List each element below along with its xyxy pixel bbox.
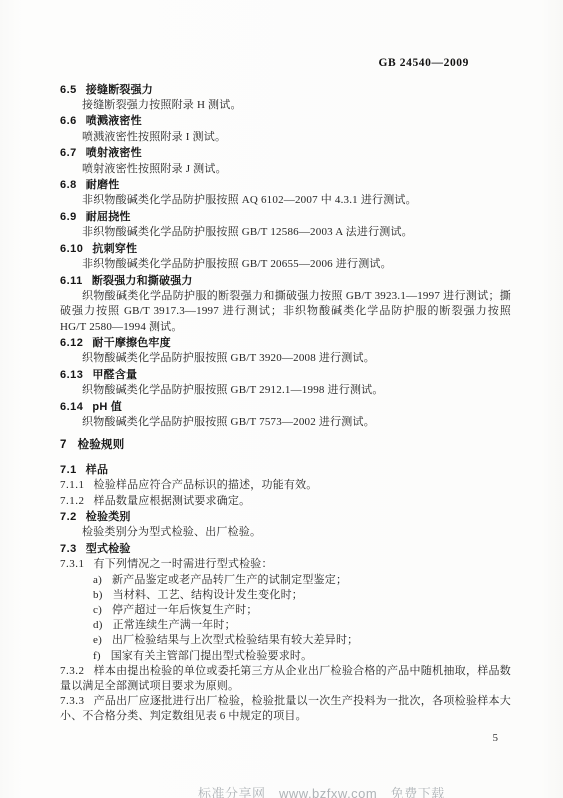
section-title: 喷溅液密性 — [86, 115, 142, 127]
section-heading-6-14: 6.14pH 值 — [60, 400, 511, 415]
section-number: 6.8 — [60, 179, 77, 191]
list-label: e) — [93, 634, 102, 646]
list-label: f) — [93, 650, 101, 662]
section-body-6-11: 织物酸碱类化学品防护服的断裂强力和撕破强力按照 GB/T 3923.1—1997… — [60, 289, 511, 335]
section-number: 6.14 — [60, 401, 83, 413]
list-item-e: e)出厂检验结果与上次型式检验结果有较大差异时； — [93, 633, 511, 648]
section-heading-6-12: 6.12耐干摩擦色牢度 — [60, 336, 511, 351]
list-item-b: b)当材料、工艺、结构设计发生变化时； — [93, 588, 511, 603]
list-text: 出厂检验结果与上次型式检验结果有较大差异时； — [112, 634, 358, 646]
section-number: 6.7 — [60, 147, 77, 159]
section-title: 检验类别 — [86, 511, 131, 523]
list-text: 当材料、工艺、结构设计发生变化时； — [113, 589, 303, 601]
chapter-title: 检验规则 — [78, 439, 125, 451]
list-label: b) — [93, 589, 103, 601]
section-title: 断裂强力和撕破强力 — [92, 275, 193, 287]
section-body-6-9: 非织物酸碱类化学品防护服按照 GB/T 12586—2003 A 法进行测试。 — [60, 225, 511, 240]
list-item-f: f)国家有关主管部门提出型式检验要求时。 — [93, 649, 511, 664]
list-text: 国家有关主管部门提出型式检验要求时。 — [111, 650, 313, 662]
section-title: 抗刺穿性 — [92, 243, 137, 255]
section-title: 喷射液密性 — [86, 147, 142, 159]
section-number: 6.13 — [60, 369, 83, 381]
clause-number: 7.1.1 — [60, 479, 85, 491]
section-heading-6-5: 6.5接缝断裂强力 — [60, 83, 511, 98]
section-heading-7-1: 7.1样品 — [60, 463, 511, 478]
section-heading-7-3: 7.3型式检验 — [60, 542, 511, 557]
section-number: 7.2 — [60, 511, 77, 523]
section-title: pH 值 — [92, 401, 122, 413]
section-title: 样品 — [86, 464, 108, 476]
section-title: 型式检验 — [86, 543, 131, 555]
section-heading-6-6: 6.6喷溅液密性 — [60, 114, 511, 129]
section-heading-6-8: 6.8耐磨性 — [60, 178, 511, 193]
section-number: 7.1 — [60, 464, 77, 476]
document-body: 6.5接缝断裂强力 接缝断裂强力按照附录 H 测试。 6.6喷溅液密性 喷溅液密… — [60, 81, 511, 725]
section-number: 6.12 — [60, 337, 83, 349]
section-number: 6.5 — [60, 84, 77, 96]
section-title: 耐磨性 — [86, 179, 120, 191]
section-heading-6-11: 6.11断裂强力和撕破强力 — [60, 274, 511, 289]
section-body-6-13: 织物酸碱类化学品防护服按照 GB/T 2912.1—1998 进行测试。 — [60, 383, 511, 398]
section-number: 6.6 — [60, 115, 77, 127]
section-number: 6.11 — [60, 275, 83, 287]
list-item-a: a)新产品鉴定或老产品转厂生产的试制定型鉴定； — [93, 573, 511, 588]
section-body-6-7: 喷射液密性按照附录 J 测试。 — [60, 162, 511, 177]
clause-7-1-1: 7.1.1检验样品应符合产品标识的描述，功能有效。 — [60, 478, 511, 493]
clause-text: 有下列情况之一时需进行型式检验： — [94, 558, 273, 570]
clause-7-1-2: 7.1.2样品数量应根据测试要求确定。 — [60, 494, 511, 509]
standard-code-header: GB 24540—2009 — [378, 57, 469, 69]
list-item-c: c)停产超过一年后恢复生产时； — [93, 603, 511, 618]
list-label: d) — [93, 619, 103, 631]
section-title: 甲醛含量 — [92, 369, 137, 381]
watermark-text: 标准分享网 www.bzfxw.com 免费下载 — [198, 786, 445, 798]
section-title: 耐屈挠性 — [86, 211, 131, 223]
clause-text: 产品出厂应逐批进行出厂检验，检验批量以一次生产投料为一批次，各项检验样本大小、不… — [60, 695, 511, 722]
clause-number: 7.3.1 — [60, 558, 85, 570]
section-heading-6-7: 6.7喷射液密性 — [60, 146, 511, 161]
clause-text: 样本由提出检验的单位或委托第三方从企业出厂检验合格的产品中随机抽取，样品数量以满… — [60, 665, 511, 692]
section-body-6-8: 非织物酸碱类化学品防护服按照 AQ 6102—2007 中 4.3.1 进行测试… — [60, 193, 511, 208]
clause-number: 7.3.3 — [60, 695, 85, 707]
section-heading-6-10: 6.10抗刺穿性 — [60, 242, 511, 257]
section-body-6-6: 喷溅液密性按照附录 I 测试。 — [60, 130, 511, 145]
list-item-d: d)正常连续生产满一年时； — [93, 618, 511, 633]
list-text: 停产超过一年后恢复生产时； — [112, 604, 258, 616]
section-body-6-5: 接缝断裂强力按照附录 H 测试。 — [60, 98, 511, 113]
document-page: GB 24540—2009 6.5接缝断裂强力 接缝断裂强力按照附录 H 测试。… — [0, 0, 563, 798]
section-body-6-12: 织物酸碱类化学品防护服按照 GB/T 3920—2008 进行测试。 — [60, 351, 511, 366]
list-label: a) — [93, 574, 102, 586]
section-body-6-14: 织物酸碱类化学品防护服按照 GB/T 7573—2002 进行测试。 — [60, 415, 511, 430]
clause-number: 7.3.2 — [60, 665, 85, 677]
chapter-number: 7 — [60, 439, 67, 451]
section-number: 6.9 — [60, 211, 77, 223]
section-body-7-2: 检验类别分为型式检验、出厂检验。 — [60, 525, 511, 540]
section-heading-7-2: 7.2检验类别 — [60, 510, 511, 525]
chapter-heading-7: 7检验规则 — [60, 438, 511, 453]
clause-7-3-2: 7.3.2样本由提出检验的单位或委托第三方从企业出厂检验合格的产品中随机抽取，样… — [60, 664, 511, 694]
list-label: c) — [93, 604, 102, 616]
clause-7-3-3: 7.3.3产品出厂应逐批进行出厂检验，检验批量以一次生产投料为一批次，各项检验样… — [60, 694, 511, 724]
clause-number: 7.1.2 — [60, 495, 85, 507]
clause-text: 样品数量应根据测试要求确定。 — [94, 495, 251, 507]
list-text: 新产品鉴定或老产品转厂生产的试制定型鉴定； — [112, 574, 347, 586]
section-body-6-10: 非织物酸碱类化学品防护服按照 GB/T 20655—2006 进行测试。 — [60, 257, 511, 272]
section-title: 耐干摩擦色牢度 — [92, 337, 170, 349]
section-title: 接缝断裂强力 — [86, 84, 153, 96]
section-number: 7.3 — [60, 543, 77, 555]
section-number: 6.10 — [60, 243, 83, 255]
list-text: 正常连续生产满一年时； — [113, 619, 236, 631]
clause-text: 检验样品应符合产品标识的描述，功能有效。 — [94, 479, 318, 491]
page-number: 5 — [493, 732, 499, 744]
section-heading-6-9: 6.9耐屈挠性 — [60, 210, 511, 225]
clause-7-3-1: 7.3.1有下列情况之一时需进行型式检验： — [60, 557, 511, 572]
section-heading-6-13: 6.13甲醛含量 — [60, 368, 511, 383]
